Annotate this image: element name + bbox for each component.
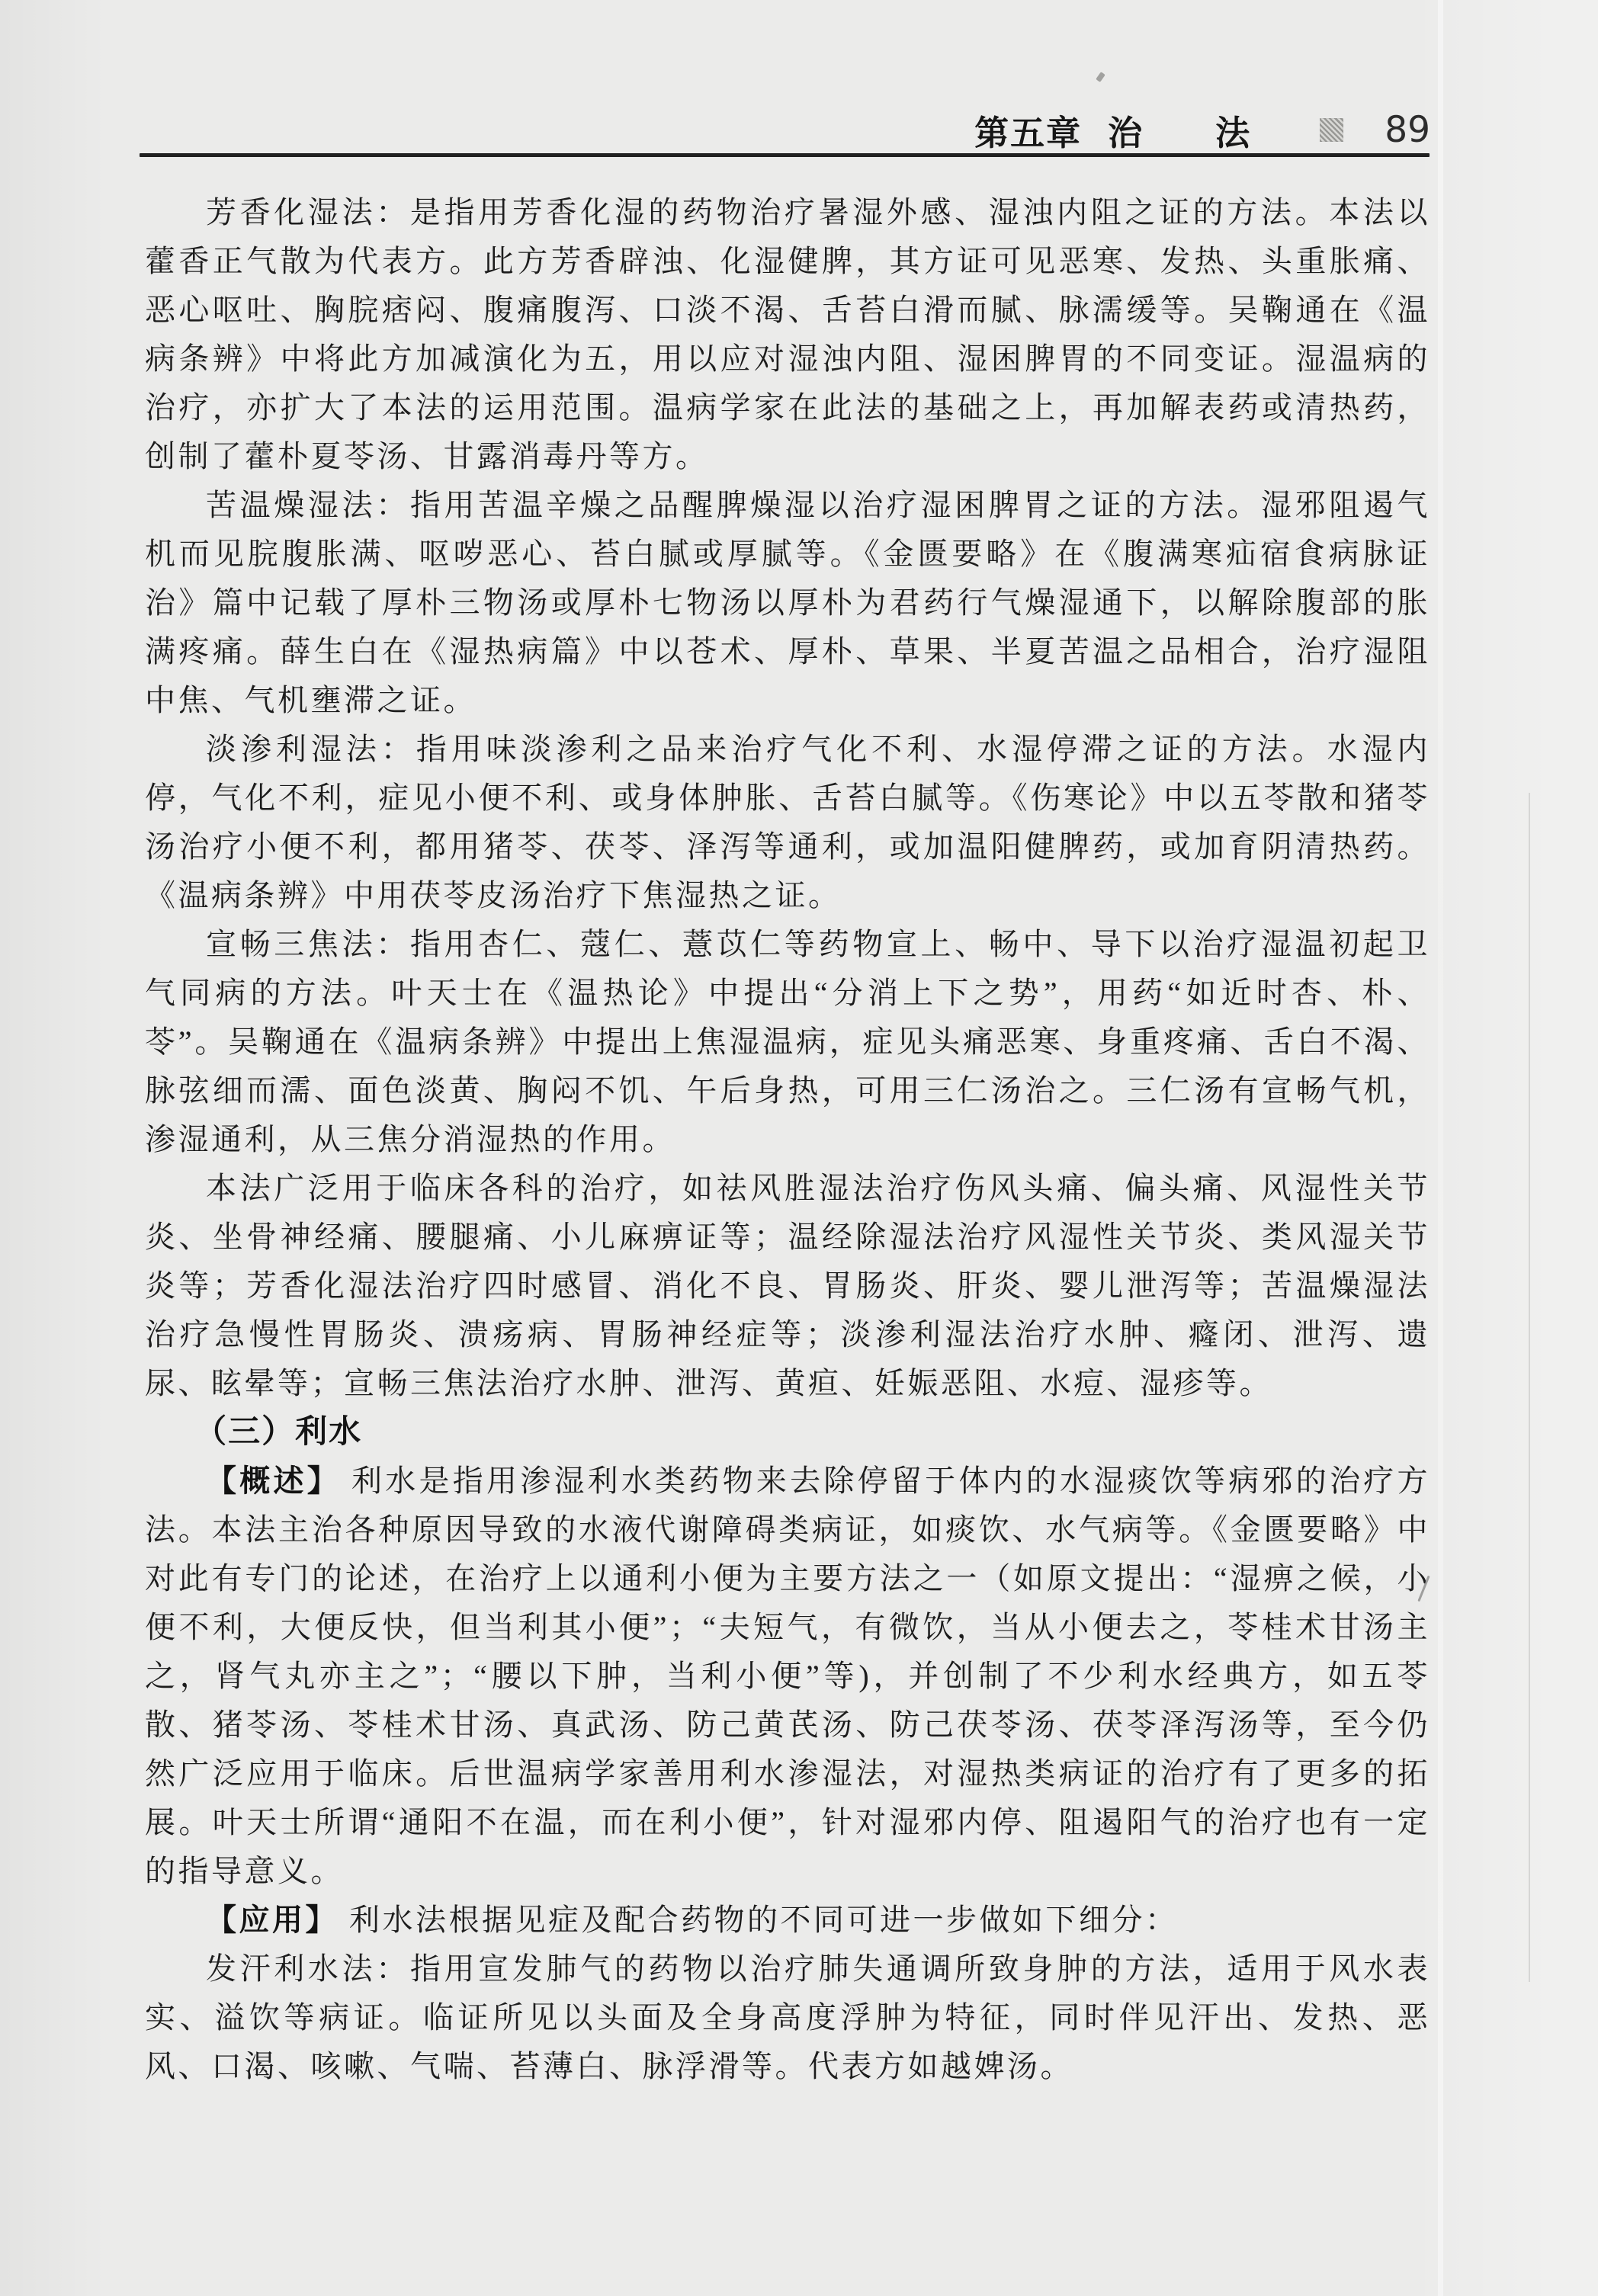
- application-text: 利水法根据见症及配合药物的不同可进一步做如下细分：: [349, 1903, 1179, 1937]
- paragraph-aromatic-damp-method: 芳香化湿法：是指用芳香化湿的药物治疗暑湿外感、湿浊内阻之证的方法。本法以藿香正气…: [145, 188, 1430, 481]
- paragraph-bland-percolating-method: 淡渗利湿法：指用味淡渗利之品来治疗气化不利、水湿停滞之证的方法。水湿内停，气化不…: [145, 725, 1430, 920]
- paragraph-bitter-warm-drying-method: 苦温燥湿法：指用苦温辛燥之品醒脾燥湿以治疗湿困脾胃之证的方法。湿邪阻遏气机而见脘…: [145, 481, 1430, 725]
- paragraph-sweating-diuresis-method: 发汗利水法：指用宣发肺气的药物以治疗肺失通调所致身肿的方法，适用于风水表实、溢饮…: [145, 1945, 1430, 2091]
- application-label: 【应用】: [206, 1903, 339, 1937]
- chapter-title: 治 法: [1108, 105, 1251, 155]
- section-heading-liushui: （三）利水: [145, 1408, 1430, 1457]
- scan-edge-line: [1529, 793, 1530, 1982]
- scan-scratch-artifact: [1438, 0, 1443, 2296]
- running-head: 第五章 治 法 89: [145, 105, 1430, 155]
- page-number: 89: [1385, 109, 1430, 151]
- paragraph-overview: 【概述】利水是指用渗湿利水类药物来去除停留于体内的水湿痰饮等病邪的治疗方法。本法…: [145, 1457, 1430, 1896]
- paragraph-application: 【应用】利水法根据见症及配合药物的不同可进一步做如下细分：: [145, 1896, 1430, 1945]
- chapter-label: 第五章: [974, 105, 1082, 155]
- paragraph-clinical-applications: 本法广泛用于临床各科的治疗，如祛风胜湿法治疗伤风头痛、偏头痛、风湿性关节炎、坐骨…: [145, 1164, 1430, 1408]
- paragraph-triple-burner-method: 宣畅三焦法：指用杏仁、蔻仁、薏苡仁等药物宣上、畅中、导下以治疗湿温初起卫气同病的…: [145, 920, 1430, 1164]
- header-rule: [140, 153, 1430, 157]
- halftone-square-icon: [1320, 118, 1343, 142]
- scan-speck: [1096, 72, 1105, 82]
- overview-label: 【概述】: [206, 1464, 341, 1498]
- page-body: 芳香化湿法：是指用芳香化湿的药物治疗暑湿外感、湿浊内阻之证的方法。本法以藿香正气…: [145, 188, 1430, 2091]
- overview-text: 利水是指用渗湿利水类药物来去除停留于体内的水湿痰饮等病邪的治疗方法。本法主治各种…: [145, 1464, 1430, 1888]
- book-page: 第五章 治 法 89 芳香化湿法：是指用芳香化湿的药物治疗暑湿外感、湿浊内阻之证…: [0, 0, 1598, 2296]
